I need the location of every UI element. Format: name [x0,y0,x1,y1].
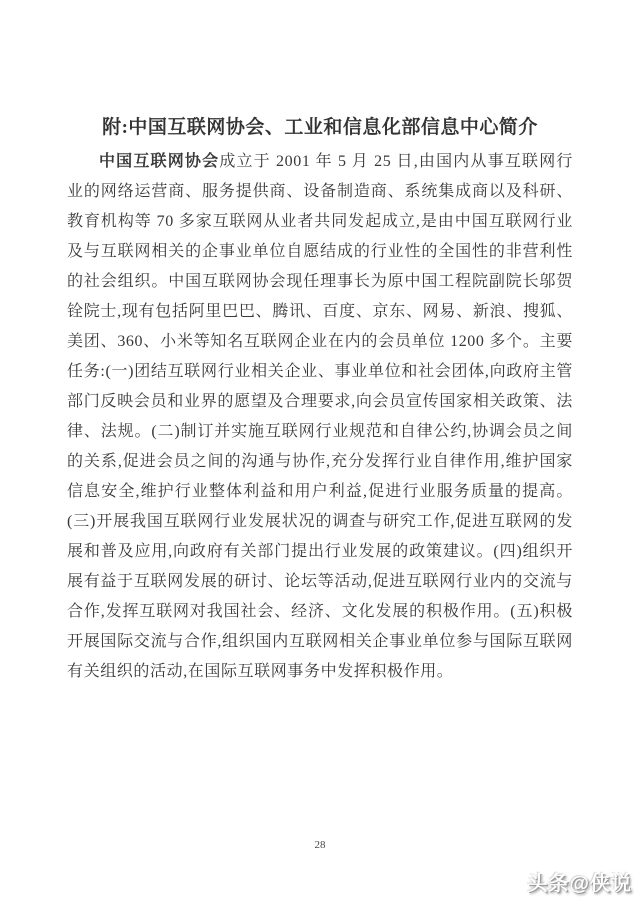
paragraph-text: 成立于 2001 年 5 月 25 日,由国内从事互联网行业的网络运营商、服务提… [67,153,573,680]
page-title: 附:中国互联网协会、工业和信息化部信息中心简介 [0,112,640,139]
watermark-label: 头条@侠说 [527,867,632,896]
paragraph-lead-bold: 中国互联网协会 [99,153,219,170]
document-page: 附:中国互联网协会、工业和信息化部信息中心简介 中国互联网协会成立于 2001 … [0,0,640,905]
page-number: 28 [0,839,640,851]
body-paragraph: 中国互联网协会成立于 2001 年 5 月 25 日,由国内从事互联网行业的网络… [67,147,573,687]
